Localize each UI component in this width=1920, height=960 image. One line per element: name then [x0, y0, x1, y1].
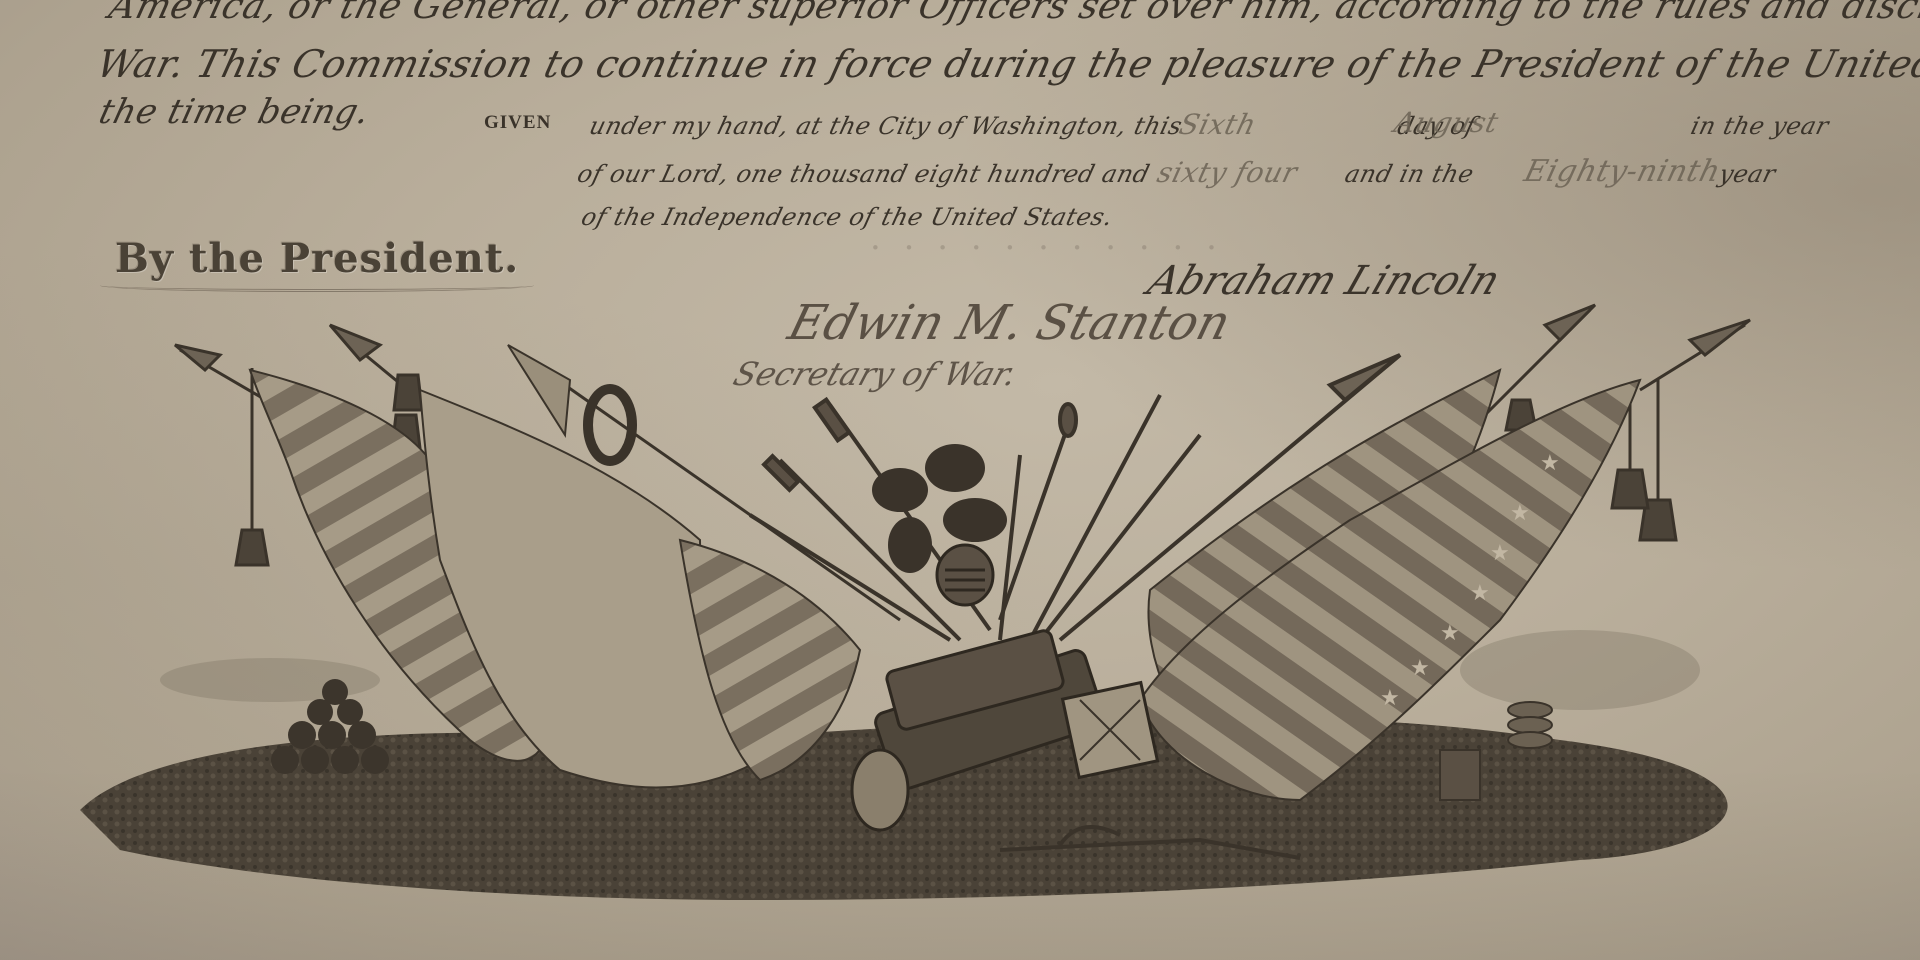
right-spear-2-icon: [1612, 320, 1750, 540]
svg-text:★: ★: [1410, 656, 1430, 681]
drum-icon: [1063, 683, 1158, 778]
svg-text:★: ★: [1440, 621, 1460, 646]
trophy-of-arms-vignette: ★ ★ ★ ★ ★ ★ ★: [0, 0, 1920, 960]
svg-text:★: ★: [1380, 686, 1400, 711]
svg-text:★: ★: [1470, 581, 1490, 606]
plumed-helmet-icon: [872, 444, 1007, 605]
svg-text:★: ★: [1490, 541, 1510, 566]
svg-text:★: ★: [1540, 451, 1560, 476]
svg-text:★: ★: [1510, 501, 1530, 526]
